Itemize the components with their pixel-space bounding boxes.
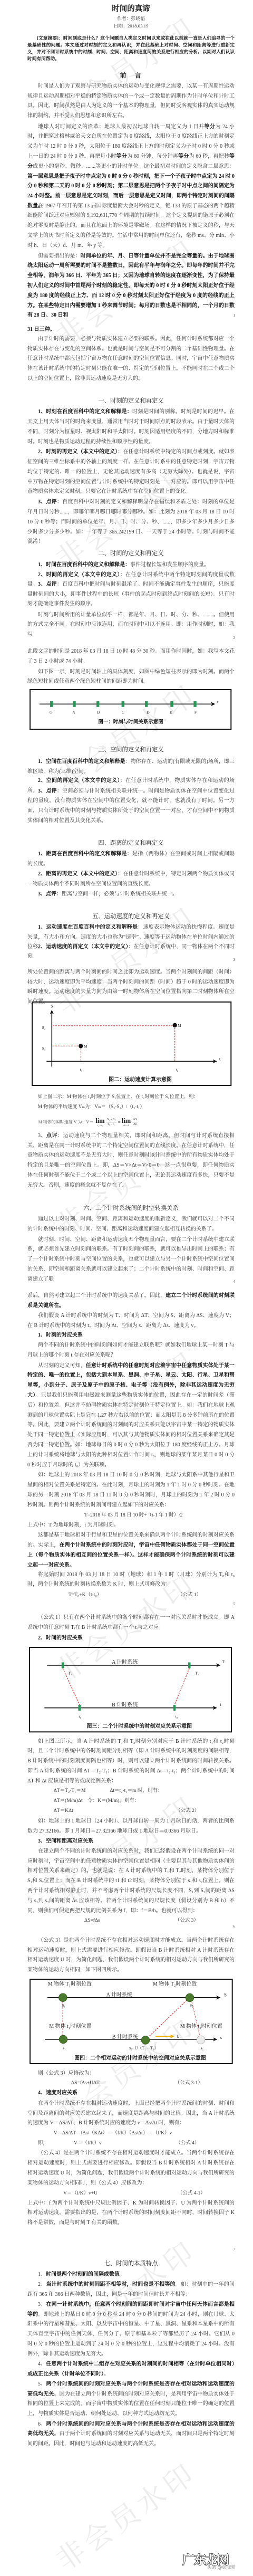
text: 3、 (38, 1133, 46, 1139)
page-number: 6 (227, 1924, 235, 1929)
numerator: ΔS (132, 1118, 138, 1122)
author: 作者：彭晓韬 (27, 15, 235, 22)
section-heading: 五、运动速度的定义和再定义 (27, 912, 235, 921)
bold-text: 1、时刻在百度百科中的定义和解释是： (38, 409, 132, 415)
section-heading: 七、时间的本质特点 (27, 2259, 235, 2268)
watermark: 非会员水印 (51, 2457, 202, 2576)
system-label: A 计时系统 (112, 1658, 138, 1665)
denominator: t₂ - t₁ (108, 1122, 115, 1127)
figure-frame (32, 1002, 231, 1085)
time-label: T₁ (68, 1671, 72, 1675)
object-position-dot (59, 2035, 67, 2044)
paragraph: 1、距离在百度百科中的定义和解释是：是指（两物体）在空间或时间上相隔或间隔的长度… (27, 850, 235, 870)
paragraph: （公式 3）是在两个计时系统不存在相对运动速度时才能成立。当两个计时系统存在相对… (27, 1936, 235, 1976)
paragraph: 3、点评：距离与空间一样，必须与计时系统相关联并统一。 (27, 890, 235, 900)
text: 地球人对时间定义的沿革：地球人最初以地球自转一周定义为 1 日并 (38, 124, 205, 130)
text: ：百度百科中把时间与时刻混淆了。时间不能确定事件发生的顺序，只能度量时刻间的大小… (27, 581, 235, 607)
paragraph: 1、时刻在百度百科中的定义和解释是：时刻是时间的别称。时刻是时间的迟早。在天文上… (27, 407, 235, 447)
bold-text: [文章摘要]：时间到底是什么？这个问题自人类定义时间以来或在此以前就一直是人们追… (27, 35, 235, 61)
formula-line: ΔT＝(M/m)Δt 令：K＝(M/m)，则有： (54, 1797, 140, 1805)
subsection-heading: 4、速度对应关系 (27, 2088, 235, 2098)
formula-2: ΔT＝KΔt (54, 1807, 73, 1815)
formula-3: ΔS=fΔs (84, 1917, 100, 1924)
tick-label: E (170, 710, 172, 714)
text: 但需要指出的是： (38, 253, 81, 259)
time-label: t₂ (176, 1714, 178, 1719)
lim-word: lim (95, 1118, 104, 1124)
paragraph: 上式中：f 为两个计时系统中尺规比例因子、K 为时间转换因子、U 为两个计时系统… (27, 2199, 235, 2228)
subsection-heading: 2、时间的对应关系 (27, 1634, 235, 1644)
object-position-dot (59, 1993, 67, 2002)
correspondence-line (148, 2000, 187, 2037)
text: 在建立两个不同的计时系统间的对应关系时，我们已经假设在两个计时系统的同一对应时刻… (27, 1848, 235, 1914)
text: 将起始时间 2018 年 03 月 18 日 10 时（地球）和 1 年 1 时… (27, 1572, 235, 1588)
tick-label: A (72, 710, 75, 714)
page-number: 5 (227, 1601, 235, 1607)
time-marker (96, 701, 99, 707)
equals-sign: = (118, 1120, 121, 1125)
text: （公式 3）是在两个计时系统不存在相对运动速度时才能成立。当两个计时系统存在相对… (27, 1938, 235, 1973)
figure-caption: 图二：运动速度计算示意图 (109, 1076, 172, 1083)
position-label: s₁ (63, 2046, 66, 2050)
list-item: 1、时间是两个时刻间的间隔或数值。 (27, 2270, 235, 2280)
object-point (79, 1044, 83, 1048)
list-item: 4、任意两个计时系统中二组存在对应关系的时刻间的时间相等（在计时单位相同时）或成… (27, 2360, 235, 2380)
fraction: ΔS Δt (132, 1118, 138, 1127)
system-label: B 计时系统 (112, 1701, 138, 1708)
text: 1、 (38, 2272, 46, 2277)
text: 通过以上对时刻、时间、空间、距离和运动速度的重新定义，我们就可以对二个不同的计时… (27, 1216, 235, 1232)
text: 6、 (38, 2421, 46, 2427)
system-label: A 计时系统 (106, 1991, 132, 1998)
paragraph: 在两个计时系统不存在相对运动速度时，上面已经把两个计时系统间的时刻、时间和空间及… (27, 2099, 235, 2129)
axis-label: t (219, 1057, 221, 1062)
paragraph: 从时刻的定义可知，任意计时系统中的任意时刻对应着宇宙中任意物质实体处于某一特定的… (27, 1361, 235, 1471)
formula-intro: 则（公式 3）应修改为： (27, 2069, 235, 2079)
figure-4-canvas: M 物体 T₁时刻位置 M 物体 T₂时刻位置 A 计时系统 S S₁ S₂ M… (30, 1979, 233, 2064)
text: 。 (120, 2272, 125, 2277)
text: 。即地球上的某日 0 时 0 分 0 秒至 24 时 0 分 0 秒间的时间为 … (27, 2312, 235, 2357)
preface-heading: 前 言 (27, 71, 235, 80)
bold-text: 3、点评 (38, 499, 57, 505)
numerator: S₂ - S₁ (106, 1118, 116, 1122)
formula-prefix: M 物体的瞬时速度 V 为：V＝ (38, 1119, 94, 1125)
text: 时间是人们为了观察与研究物质实体的运动与变化规律之需要，以某一有周期性运动规律且… (27, 83, 235, 119)
lim-subscript: t₂→t₁ (98, 1124, 103, 1127)
figure-caption: 图四：二个相对运动的计时系统中的空间对应关系示意图 (74, 2054, 206, 2061)
bold-text: 等分 (205, 124, 216, 130)
axis-label: S (51, 1004, 53, 1009)
figure-3-time-correspondence: A 计时系统 T T₁ T₂ B 计时系统 t t₁ t₂ 图三：二个计时系统中… (29, 1647, 232, 1732)
paragraph: 但需要指出的是：时间单位的年、月、日等计量单位并不是完全等量的。由于地球围绕太阳… (27, 252, 235, 321)
text: 由于计时的需要，必须与物质实体建立必要的联系。因此，任何计时系统都对应一个物质实… (27, 336, 235, 381)
paragraph: 3、点评：空间必须与计时系统相关联并统一。时间是物质实体在空间中位置变化过程的量… (27, 787, 235, 826)
text: 。因为在建立两个计时系统间的时刻对应关系时，是利用宇宙中物质实体处于相同的位置上… (27, 2391, 235, 2417)
formula-4: V＝（f/K）v (74, 2140, 102, 2147)
paragraph-continued: 系后，自然可建立起二个计时系统中的速度关系了。因此，建立二个计时系统间的时刻联系… (27, 1291, 235, 1311)
bold-text: 2、距离的再定义（本文中的定义） (38, 871, 118, 877)
ghost-position-dot (197, 2036, 205, 2044)
text: 成更小的毫秒、微秒、.......等更小的计时单位。这个最初对时间的定义隐含二层… (33, 164, 235, 169)
paragraph: 我们假设 A 计时系统中的时刻为 T、时间为 ΔT、空间为 S、距离为 ΔS、速… (27, 1311, 235, 1331)
text: （公式 1）只有在两个计时系统中的各个时刻都存在一一对应关系时才能成立。即 A … (27, 1615, 235, 1630)
formula-4-label: （公式 4） (176, 2140, 199, 2147)
text: 如：地球上的 2018 年 03 月 18 日 10 时 0 分 0 秒时刻，地… (27, 1472, 235, 1508)
formula-1-label: （公式 1） (178, 1591, 201, 1599)
text: 3、 (38, 2302, 46, 2307)
paragraph: 3、点评：百度百科中对时刻的定义和解释明显存在错误和矛盾之处：时刻的单位是年月日… (27, 498, 235, 547)
list-item: 3、在同一计时系统中，任意两个时刻间的间距即时间对宇宙中任何天体而言都是相等的。… (27, 2300, 235, 2360)
object-position-dot (141, 2036, 150, 2045)
formula-4-1-label: （公式 4-1） (178, 2190, 206, 2197)
paragraph: 3、点评：运动速度与二个物理量相关，即时间和距离。但时间与计时系统直接相关，距离… (27, 1131, 235, 1191)
date: 日期：2018.03.19 (27, 23, 235, 29)
paragraph: 1、空间在百度百科中的定义和解释是：物体存在、运动的(有限或无限的)场所，即三维… (27, 757, 235, 777)
text: 两个不同的计时系统中的时刻间如何才能建立联系呢？就如我们地球上某一时刻 T 与月… (27, 1342, 235, 1358)
text: ：空间必须与计时系统相关联并统一。时间是物质实体在空间中位置变化过程的量度。没有… (27, 788, 235, 824)
bold-text: 3、点评 (38, 581, 57, 587)
formula-3-label: （公式 3） (175, 1917, 199, 1924)
figure-caption: 图一：时刻与时间关系示意图 (98, 718, 163, 724)
text: 如：地球上的 1 地球日（24 小时）、以月球自转一周为 1 月球日的话，两者的… (27, 1818, 235, 1834)
time-label: t₁ (80, 1067, 83, 1072)
axis-label: t (220, 1702, 221, 1707)
tick-label: D (147, 710, 150, 714)
text: 在两个计时系统不存在相对运动速度时，上面已经把两个计时系统间的时刻、时间和空间及… (27, 2101, 235, 2126)
time-marker (173, 1705, 176, 1711)
text: 如上图三所示，当 A 计时系统的 T₁和 T₂时刻分别对应于 B 计时系统的 t… (27, 1739, 235, 1784)
position-caption: M 物体 T₂时刻位置 (153, 1980, 197, 1987)
section-heading: 四、距离的定义和再定义 (27, 839, 235, 847)
time-marker (122, 701, 124, 707)
figure-1-canvas: t O A B C D E F 图一：时刻与时间关系示意图 (30, 689, 231, 730)
formula-1: T=T₀+K（t-t₀） (69, 1591, 102, 1599)
figure-2-canvas: S t S₂ S₁ M M t₁ t₂ 图二：运动速度计算示意图 (32, 1001, 231, 1086)
paragraph: 3、点评：百度百科中把时间与时刻混淆了。时间不能确定事件发生的顺序，只能度量时刻… (27, 580, 235, 609)
abstract: [文章摘要]：时间到底是什么？这个问题自人类定义时间以来或在此以前就一直是人们追… (27, 35, 235, 62)
arrow-head-icon (170, 2035, 174, 2038)
paragraph: （公式 4）是在两个计时系统不存在相对运动速度时才能成立。当两个计时系统存在相对… (27, 2149, 235, 2188)
text: 时刻与时间所用的计量单位似乎一样，都是年、月、日、时、分、秒、........。… (27, 612, 235, 638)
paragraph-continued: 31 日三种。 (27, 325, 235, 335)
time-marker (188, 1662, 190, 1668)
bold-text: 等分 (116, 154, 127, 159)
text: 上式中：f 为两个计时系统中尺规比例因子、K 为时间转换因子、U 为两个计时系统… (27, 2200, 235, 2226)
position-caption: M 物体 t₁时刻位置 (49, 2022, 91, 2029)
section-heading: 六、二个计时系统间的时空转换关系 (27, 1204, 235, 1213)
bold-text: 1、空间在百度百科中的定义和解释是 (38, 759, 125, 765)
position-label: s₂ (201, 2046, 204, 2050)
formula-derivation: V＝ΔS/ΔT＝fΔs/（KΔt）＝（f/K）（Δs/Δt）＝（f/K）v (54, 2130, 172, 2137)
tick-label: C (122, 710, 124, 714)
bold-text: 时间是两个时刻间的间隔或数值 (46, 2272, 120, 2277)
time-marker (145, 701, 148, 707)
bold-text: 2、运动速度的再定义（本文中的定义） (38, 944, 128, 950)
figure-4-space-correspondence: M 物体 T₁时刻位置 M 物体 T₂时刻位置 A 计时系统 S S₁ S₂ M… (30, 1979, 233, 2064)
text: 我们假设 A 计时系统中的时刻为 T、时间为 ΔT、空间为 S、距离为 ΔS、速… (27, 1313, 235, 1329)
list-item: 5、两个计时系统间的时刻对应关系与两个计时系统是否存在相对运动和运动速度的高低均… (27, 2380, 235, 2419)
text: 事件过程长短和发生顺序的度量。 (130, 562, 209, 568)
position-label: S₁ (62, 2003, 65, 2008)
bold-text: 1、运动速度在百度百科中的定义和解释是 (38, 924, 138, 930)
formula-line: Δt＝t₂-t₁＝m 时，则有： (110, 1787, 162, 1795)
position-label: S₂ (42, 1025, 46, 1030)
document-title: 时间的真谛 (27, 4, 235, 14)
object-point (172, 1023, 177, 1027)
bold-text: 任意两个计时系统中二组存在对应关系的时刻间的时间相等（在计时单位相同时）或成正比… (27, 2361, 235, 2377)
object-label: M (84, 1044, 87, 1049)
paragraph: 由于计时的需要，必须与物质实体建立必要的联系。因此，任何计时系统都对应一个物质实… (27, 335, 235, 384)
text: 所处位置间的距离与两个时刻间的时间之比即为运动速度。当两个时刻间的间距（时间）较… (27, 969, 235, 1005)
limit-operator: lim Δt→0 (122, 1118, 131, 1127)
bold-text: 3、点评 (38, 788, 57, 794)
page-number: 1 (227, 313, 235, 318)
paragraph: 2、时刻的再定义（本文中的定义）：在任意计时系统中特定的时间点或刻度。就如表征空… (27, 447, 235, 497)
text: 系后，自然可建立起二个计时系统中的速度关系了。因此， (27, 1293, 166, 1299)
bold-text: 1、距离在百度百科中的定义和解释是 (38, 851, 127, 857)
paragraph: 将起始时间 2018 年 03 月 18 日 10 时（地球）和 1 年 1 时… (27, 1570, 235, 1590)
system-label: B 计时系统 (112, 2033, 138, 2040)
bold-text: 点评 (46, 1133, 57, 1139)
paragraph: 地球人对时间定义的沿革：地球人最初以地球自转一周定义为 1 日并等分为 24 小… (27, 122, 235, 212)
paragraph: 2、距离的再定义（本文中的定义）：在任意计时系统中，特定时刻两个物质实体或同一物… (27, 870, 235, 890)
bold-text: 2、时间的再定义（本文中的定义） (38, 572, 120, 578)
text: 如下图一示，时刻是时间轴上的具体刻度，如图中绿色短柱表示的即为时刻。而两个绿色短… (27, 669, 235, 685)
text: 则（公式 3）应修改为： (38, 2071, 95, 2076)
list-item: 2、当计时系统中的时刻间距不相等时，时间也是不相等的。如：时刻中的一年的间距有 … (27, 2280, 235, 2300)
object-position-dot (186, 1993, 194, 2002)
figure-3-canvas: A 计时系统 T T₁ T₂ B 计时系统 t t₁ t₂ 图三：二个计时系统中… (29, 1647, 232, 1732)
bold-text: 2、空间的再定义（本文中的定义） (38, 778, 120, 784)
limit-operator: lim t₂→t₁ (95, 1118, 104, 1127)
paragraph: 2、运动速度的再定义（本文中的定义）：在任意计时系统中，同一物体在两个不同时刻 (27, 942, 235, 962)
time-label: T₂ (195, 1671, 199, 1675)
text: 2、 (38, 2282, 46, 2287)
bold-text: 1、时间在百度百科中的定义和解释是： (38, 562, 130, 568)
position-label: s₂- U（T₂－T₁） (129, 2046, 159, 2050)
fraction: S₂ - S₁ t₂ - t₁ (106, 1118, 116, 1127)
text: 此段文字的时刻是 2018 年 03 月 18 日 10 时 48 分 30 秒… (27, 648, 235, 664)
paragraph: 时刻与时间所用的计量单位似乎一样，都是年、月、日、时、分、秒、........。… (27, 610, 235, 640)
time-marker (62, 1662, 64, 1668)
text: 5、 (38, 2381, 46, 2387)
denominator: Δt (133, 1122, 137, 1127)
formula-line: ΔT＝T₂-T₁＝M (54, 1787, 86, 1795)
subsection-heading: 1、时刻的对应关系 (27, 1331, 235, 1341)
text: 就时刻、时间、空间、距离和运动速度五个物理量而言，要在二个计时系统中建立联系，就… (27, 1237, 235, 1282)
author-byline: 头条 @彭晓韬 (207, 2565, 236, 2571)
time-mapping-formula: T=2018 年 03 月 18 日 10 时+（t-1 年 1 时）/2 (84, 1512, 182, 1519)
text: （公式 4）是在两个计时系统不存在相对运动速度时才能成立。当两个计时系统存在相对… (27, 2150, 235, 2186)
time-marker (50, 701, 53, 707)
axis-label: s (220, 2035, 222, 2040)
text: 4、 (38, 2361, 46, 2367)
tick-label: O (50, 710, 53, 714)
position-label: S₂ (190, 2003, 193, 2008)
paragraph: 如：地球上的 2018 年 03 月 18 日 10 时 0 分 0 秒时刻，地… (27, 1471, 235, 1510)
velocity-label: U (177, 2034, 180, 2039)
page-number: 3 (227, 957, 235, 962)
paragraph: 两个不同的计时系统中的时刻间如何才能建立联系呢？就如我们地球上某一时刻 T 与月… (27, 1341, 235, 1361)
page-number: 7 (227, 2247, 235, 2252)
subsection-heading: 3、空间和距离对应关系 (27, 1837, 235, 1847)
bold-text: 3、点评 (38, 891, 56, 897)
paragraph: （公式 1）只有在两个计时系统中的各个时刻都存在一一对应关系时才能成立。即 A … (27, 1613, 235, 1633)
paragraph: 通过以上对时刻、时间、空间、距离和运动速度的重新定义，我们就可以对二个不同的计时… (27, 1215, 235, 1235)
time-marker (193, 701, 196, 707)
axis-label: S (224, 1992, 227, 1998)
paragraph: 这都是基于地球相对于行星和卫星的位置关系来确认两个计时系统间的时刻对应关系的。实… (27, 1531, 235, 1570)
tick-label: B (97, 710, 100, 714)
position-caption: M 物体 t₂时刻位置 (180, 2022, 222, 2029)
figure-caption: 图三：二个计时系统中的时刻对应关系示意图 (86, 1722, 192, 1729)
section-heading: 三、空间的定义和再定义 (27, 746, 235, 754)
position-label: S₁ (42, 1046, 46, 1051)
paragraph-continued: 此段文字的时刻是 2018 年 03 月 18 日 10 时 48 分 30 秒… (27, 647, 235, 667)
list-item: 6、两个计时系统间的时间对应关系与两个计时系统是否存在相对运动和运动速度的高低均… (27, 2420, 235, 2449)
axis-label: t (217, 700, 218, 704)
text: 为 60 分钟，每分钟再 (127, 154, 178, 159)
formula-3-1: ΔS=fΔs+UΔT (71, 2079, 100, 2087)
instantaneous-velocity-formula: M 物体的瞬时速度 V 为：V＝ lim t₂→t₁ S₂ - S₁ t₂ - … (38, 1115, 139, 1129)
paragraph: 如上图三所示，当 A 计时系统的 T₁和 T₂时刻分别对应于 B 计时系统的 t… (27, 1737, 235, 1787)
text: 。只是我们只能利用电磁波来测量这些物质实体的位置，因此存在一定的时间差（滞后）和… (27, 1392, 235, 1468)
axis-label: T (222, 1659, 225, 1664)
formula-note: 上式中：T 为地球时刻，t 为月球时刻。 (27, 1521, 235, 1531)
text: 为 60 秒，再把秒 (189, 154, 229, 159)
bold-text: 31 日三种。 (27, 327, 55, 332)
time-marker (79, 1705, 81, 1711)
figure-note: 如上图二示：M 物体在 t₁时刻位于 S₁位置上、在 t₂时刻位于 S₂位置上，… (38, 1093, 199, 1100)
text: 上式中：T 为地球时刻，t 为月球时刻。 (27, 1522, 119, 1528)
paragraph: 如下图一示，时刻是时间轴上的具体刻度，如图中绿色短柱表示的即为时刻。而两个绿色短… (27, 667, 235, 688)
page-number: 2 (227, 635, 235, 641)
time-label: t₁ (79, 1714, 81, 1719)
time-label: t₂ (176, 1067, 179, 1072)
bold-text: 时间单位的年、月、日等计量单位并不是完全等量的。由于地球围绕太阳运动一周所需要的… (27, 253, 235, 319)
object-label: M (178, 1023, 181, 1028)
text: 在 1967 年召开的第 13 届国际度量衡大会对秒的定义，铯-133 的原子基… (27, 203, 235, 249)
tick-label: F (194, 710, 197, 714)
text: 。 (104, 2371, 109, 2377)
paragraph: 时间是人们为了观察与研究物质实体的运动与变化规律之需要，以某一有周期性运动规律且… (27, 82, 235, 121)
position-caption: M 物体 T₁时刻位置 (48, 1980, 92, 1987)
text: ：百度百科中对时刻的定义和解释明显存在错误和矛盾之处：时刻的单位是年月日时分秒.… (27, 499, 235, 545)
figure-1-timeline: t O A B C D E F 图一：时刻与时间关系示意图 (30, 689, 231, 730)
text: 从时刻的定义可知， (38, 1363, 86, 1369)
formula-4-1: V＝（f/K）v+U (63, 2190, 98, 2197)
lim-word: lim (122, 1118, 131, 1124)
text: 。由于两个计时系统间的时刻对应关系与运动无关，而时间只是两个特定时刻间的间距。因… (27, 2431, 235, 2447)
time-marker (170, 701, 173, 707)
average-velocity-formula: M 物体的平均速度 Vₘ为：Vₘ＝（S₂-S₁）/（t₂-t₁） (38, 1103, 145, 1110)
correspondence-line (174, 1668, 189, 1704)
text: ：运动速度与二个物理量相关，即时间和距离。但时间与计时系统直接相关，距离是在同一… (27, 1133, 235, 1188)
bold-text: 当计时系统中的时刻间距不相等时，时间也是不相等的 (46, 2282, 175, 2287)
text: ：距离与空间一样，必须与计时系统相关联并统一。 (56, 891, 178, 897)
time-marker (73, 701, 75, 707)
paragraph: 就时刻、时间、空间、距离和运动速度五个物理量而言，要在二个计时系统中建立联系，就… (27, 1235, 235, 1285)
bold-text: 等分 (178, 154, 189, 159)
formula-3-1-label: （公式 3-1） (175, 2079, 203, 2087)
page-number: 4 (227, 1279, 235, 1284)
text: ：在任意计时系统中特定的时间点或刻度。就如表征空间的三维坐标系中的各轴上的刻度一… (27, 449, 235, 494)
paragraph: 如：地球上的 1 地球日（24 小时）、以月球自转一周为 1 月球日的话，两者的… (27, 1817, 235, 1837)
section-heading: 一、时刻的定义和再定义 (27, 397, 235, 405)
bold-text: 2、时刻的再定义（本文中的定义） (38, 449, 118, 455)
paragraph: 1、时间在百度百科中的定义和解释是：事件过程长短和发生顺序的度量。 (27, 560, 235, 570)
formula-2-label: （公式 2） (176, 1807, 199, 1815)
paragraph: 在建立两个不同的计时系统间的对应关系时，我们已经假设在两个计时系统的同一对应时刻… (27, 1847, 235, 1916)
figure-2-velocity-chart: S t S₂ S₁ M M t₁ t₂ 图二：运动速度计算示意图 (32, 1001, 231, 1086)
paragraph: 在 1967 年召开的第 13 届国际度量衡大会对秒的定义，铯-133 的原子基… (27, 202, 235, 251)
formula-4-prefix: 即， (38, 2140, 48, 2147)
lim-subscript: Δt→0 (123, 1124, 129, 1127)
section-heading: 二、时间的定义和再定义 (27, 549, 235, 558)
